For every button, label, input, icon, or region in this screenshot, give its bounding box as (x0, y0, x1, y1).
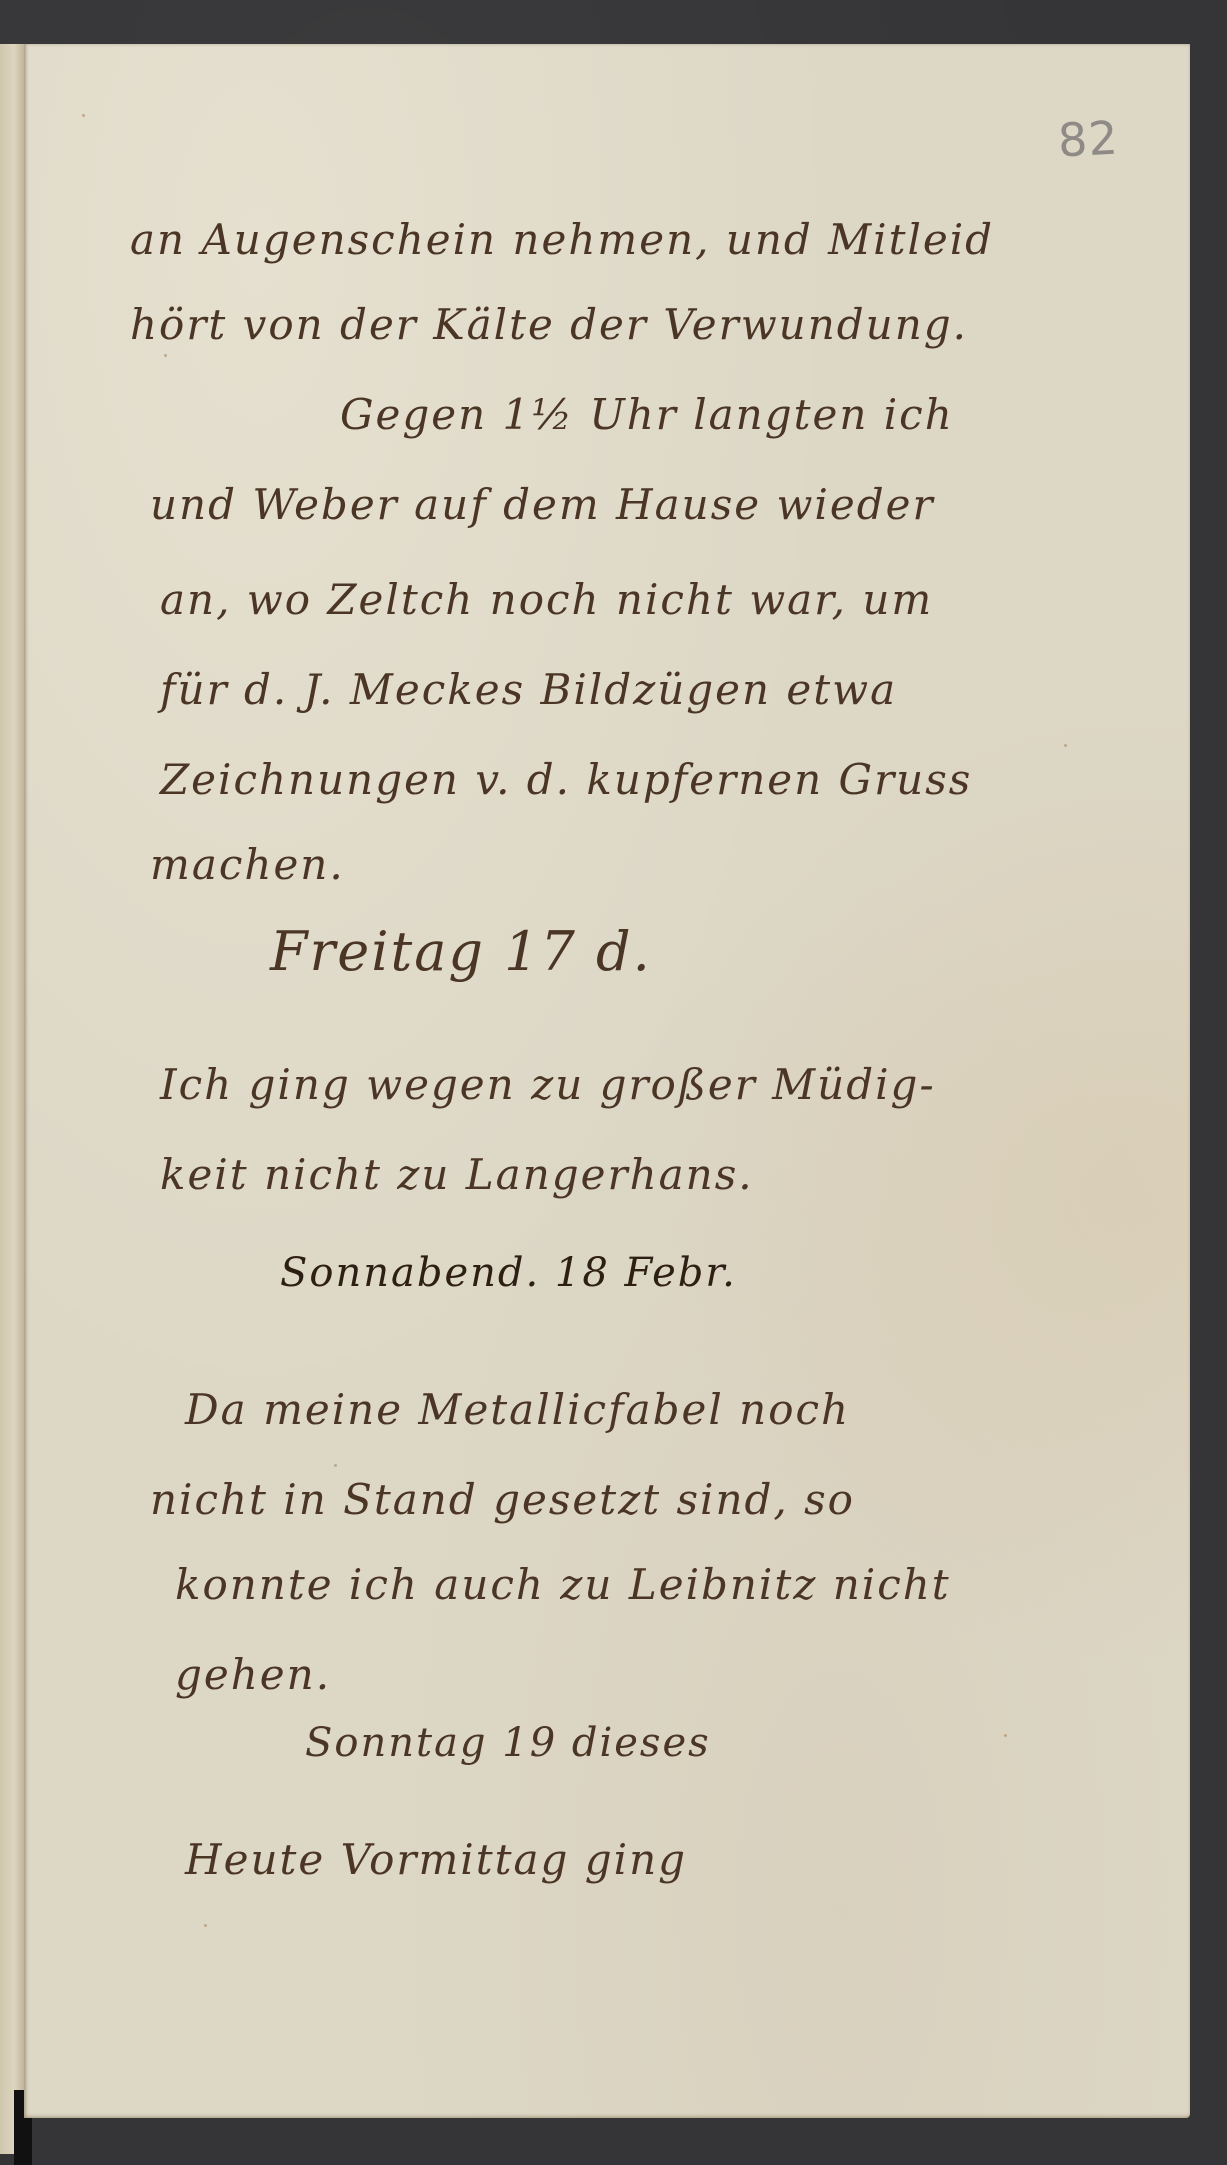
text-line: an Augenschein nehmen, und Mitleid (130, 215, 994, 264)
text-line: und Weber auf dem Hause wieder (150, 480, 935, 529)
text-line: Zeichnungen v. d. kupfernen Gruss (160, 755, 972, 804)
text-line: nicht in Stand gesetzt sind, so (150, 1475, 855, 1524)
text-line: Heute Vormittag ging (185, 1835, 687, 1884)
text-line: an, wo Zeltch noch nicht war, um (160, 575, 933, 624)
text-line: gehen. (175, 1650, 331, 1699)
previous-page-edge (0, 44, 26, 2154)
text-line: machen. (150, 840, 345, 889)
text-line: Ich ging wegen zu großer Müdig- (160, 1060, 936, 1109)
text-line: Gegen 1½ Uhr langten ich (340, 390, 954, 439)
date-heading: Sonnabend. 18 Febr. (280, 1250, 737, 1296)
text-line: hört von der Kälte der Verwundung. (130, 300, 968, 349)
text-line: keit nicht zu Langerhans. (160, 1150, 754, 1199)
date-heading: Sonntag 19 dieses (305, 1720, 711, 1766)
text-line: Da meine Metallicfabel noch (185, 1385, 850, 1434)
text-line: konnte ich auch zu Leibnitz nicht (175, 1560, 951, 1609)
text-line: für d. J. Meckes Bildzügen etwa (160, 665, 897, 714)
page-number: 82 (1057, 110, 1120, 167)
date-heading: Freitag 17 d. (270, 920, 652, 983)
